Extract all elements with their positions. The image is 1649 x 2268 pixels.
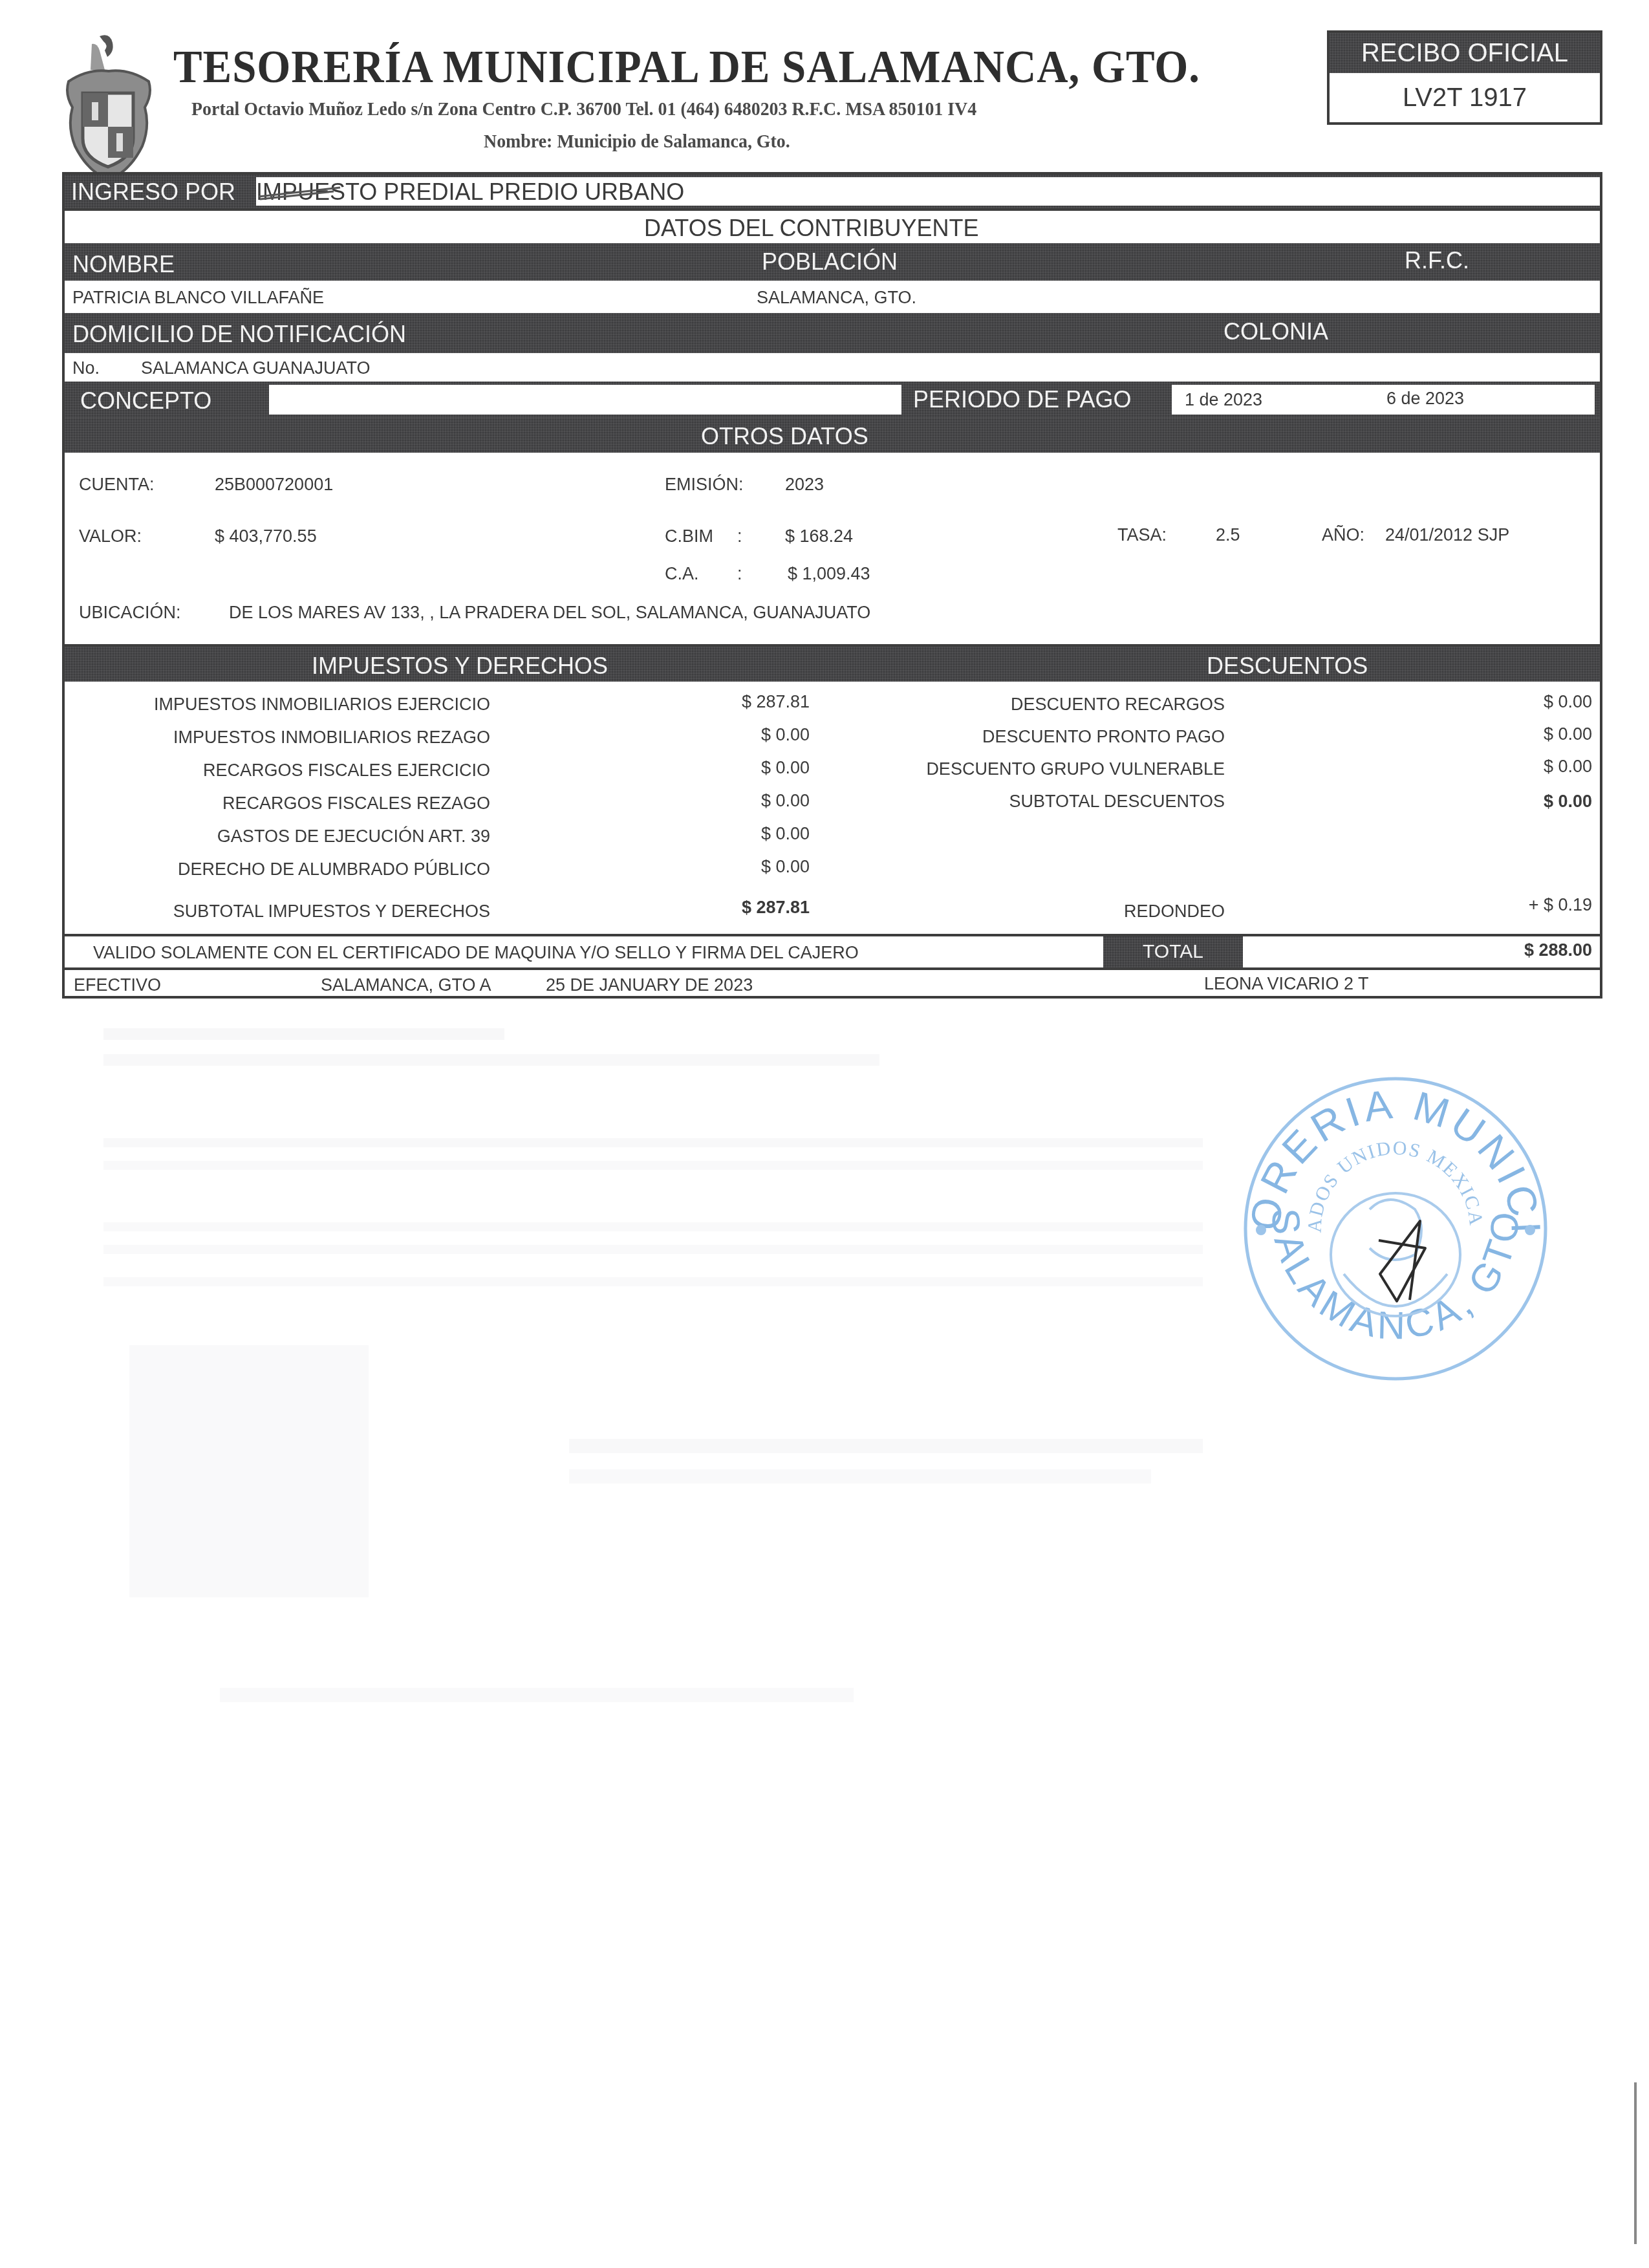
receipt-table: INGRESO POR IMPUESTO PREDIAL PREDIO URBA… (62, 172, 1602, 999)
cbim-label: C.BIM (665, 526, 713, 546)
concepto-value-box (269, 385, 901, 415)
impuestos-subtotal: $ 287.81 (742, 898, 810, 918)
anio-label: AÑO: (1322, 525, 1364, 545)
nombre-values-row: PATRICIA BLANCO VILLAFAÑE SALAMANCA, GTO… (65, 281, 1600, 313)
impuestos-title: IMPUESTOS Y DERECHOS (312, 653, 608, 680)
domicilio-value: SALAMANCA GUANAJUATO (141, 358, 371, 378)
payment-method: EFECTIVO (74, 975, 161, 995)
domicilio-header-row: DOMICILIO DE NOTIFICACIÓN COLONIA (65, 313, 1600, 353)
ca-colon: : (737, 564, 742, 584)
nombre-value: PATRICIA BLANCO VILLAFAÑE (72, 288, 324, 308)
nombre-label: NOMBRE (72, 251, 175, 278)
cbim-colon: : (737, 526, 742, 546)
redondeo-value: + $ 0.19 (1529, 895, 1592, 915)
total-value: $ 288.00 (1524, 940, 1592, 960)
total-row: VALIDO SOLAMENTE CON EL CERTIFICADO DE M… (65, 936, 1600, 967)
contribuyente-title: DATOS DEL CONTRIBUYENTE (644, 215, 978, 242)
otros-datos-body: CUENTA: 25B000720001 EMISIÓN: 2023 VALOR… (65, 453, 1600, 645)
emision-label: EMISIÓN: (665, 475, 744, 495)
official-receipt-box: RECIBO OFICIAL LV2T 1917 (1327, 30, 1602, 125)
municipality-name: Nombre: Municipio de Salamanca, Gto. (484, 131, 790, 153)
treasury-title: TESORERÍA MUNICIPAL DE SALAMANCA, GTO. (173, 40, 1200, 94)
cuenta-value: 25B000720001 (215, 475, 333, 495)
emision-value: 2023 (785, 475, 824, 495)
periodo-value-box: 1 de 2023 6 de 2023 (1172, 385, 1595, 415)
payment-place: SALAMANCA, GTO A (321, 975, 491, 995)
descuentos-title: DESCUENTOS (1207, 653, 1368, 680)
periodo-hasta: 6 de 2023 (1386, 389, 1464, 409)
redondeo-label: REDONDEO (1124, 902, 1225, 922)
valor-label: VALOR: (79, 526, 142, 546)
scan-edge-line (1634, 2082, 1637, 2244)
cashier-location: LEONA VICARIO 2 T (1204, 974, 1369, 994)
cbim-value: $ 168.24 (785, 526, 853, 546)
otros-datos-title: OTROS DATOS (701, 423, 868, 450)
rfc-label: R.F.C. (1405, 247, 1469, 274)
seal-bottom-text: SALAMANCA, GTO (1264, 1207, 1528, 1348)
total-label: TOTAL (1103, 936, 1243, 967)
no-label: No. (72, 358, 100, 378)
contribuyente-title-row: DATOS DEL CONTRIBUYENTE (65, 211, 1600, 243)
ca-value: $ 1,009.43 (788, 564, 870, 584)
treasury-seal: TESORERIA MUNICIPAL SALAMANCA, GTO ESTAD… (1234, 1067, 1557, 1390)
tasa-value: 2.5 (1216, 525, 1240, 545)
strike-scribble-icon (256, 182, 347, 202)
impuestos-descuentos-header: IMPUESTOS Y DERECHOS DESCUENTOS (65, 647, 1600, 682)
subtotals: SUBTOTAL IMPUESTOS Y DERECHOS $ 287.81 S… (65, 682, 1600, 934)
otros-datos-header: OTROS DATOS (65, 418, 1600, 453)
cuenta-label: CUENTA: (79, 475, 155, 495)
receipt-number: LV2T 1917 (1330, 73, 1600, 122)
payment-date: 25 DE JANUARY DE 2023 (546, 975, 753, 995)
periodo-desde: 1 de 2023 (1185, 390, 1262, 410)
svg-text:SALAMANCA, GTO: SALAMANCA, GTO (1264, 1207, 1528, 1348)
anio-value: 24/01/2012 SJP (1385, 525, 1509, 545)
ingreso-value-box: IMPUESTO PREDIAL PREDIO URBANO (256, 177, 1600, 206)
impuestos-subtotal-label: SUBTOTAL IMPUESTOS Y DERECHOS (173, 902, 490, 922)
validity-note: VALIDO SOLAMENTE CON EL CERTIFICADO DE M… (93, 943, 859, 963)
official-receipt-label: RECIBO OFICIAL (1330, 33, 1600, 73)
ubicacion-label: UBICACIÓN: (79, 603, 181, 623)
poblacion-value: SALAMANCA, GTO. (757, 288, 916, 308)
periodo-label: PERIODO DE PAGO (913, 386, 1131, 413)
ubicacion-value: DE LOS MARES AV 133, , LA PRADERA DEL SO… (229, 603, 870, 623)
domicilio-values-row: No. SALAMANCA GUANAJUATO (65, 353, 1600, 382)
tasa-label: TASA: (1117, 525, 1167, 545)
colonia-label: COLONIA (1223, 318, 1328, 345)
poblacion-label: POBLACIÓN (762, 248, 898, 275)
payment-row: EFECTIVO SALAMANCA, GTO A 25 DE JANUARY … (65, 970, 1600, 999)
ingreso-row: INGRESO POR IMPUESTO PREDIAL PREDIO URBA… (65, 175, 1600, 208)
concepto-row: CONCEPTO PERIODO DE PAGO 1 de 2023 6 de … (65, 382, 1600, 418)
coat-of-arms-icon (59, 31, 156, 185)
domicilio-label: DOMICILIO DE NOTIFICACIÓN (72, 321, 406, 348)
signature-mark-icon (1379, 1221, 1425, 1301)
ca-label: C.A. (665, 564, 699, 584)
ingreso-label: INGRESO POR (71, 178, 235, 206)
nombre-header-row: NOMBRE POBLACIÓN R.F.C. (65, 243, 1600, 281)
concepto-label: CONCEPTO (80, 387, 211, 415)
treasury-address: Portal Octavio Muñoz Ledo s/n Zona Centr… (191, 98, 976, 120)
valor-value: $ 403,770.55 (215, 526, 317, 546)
